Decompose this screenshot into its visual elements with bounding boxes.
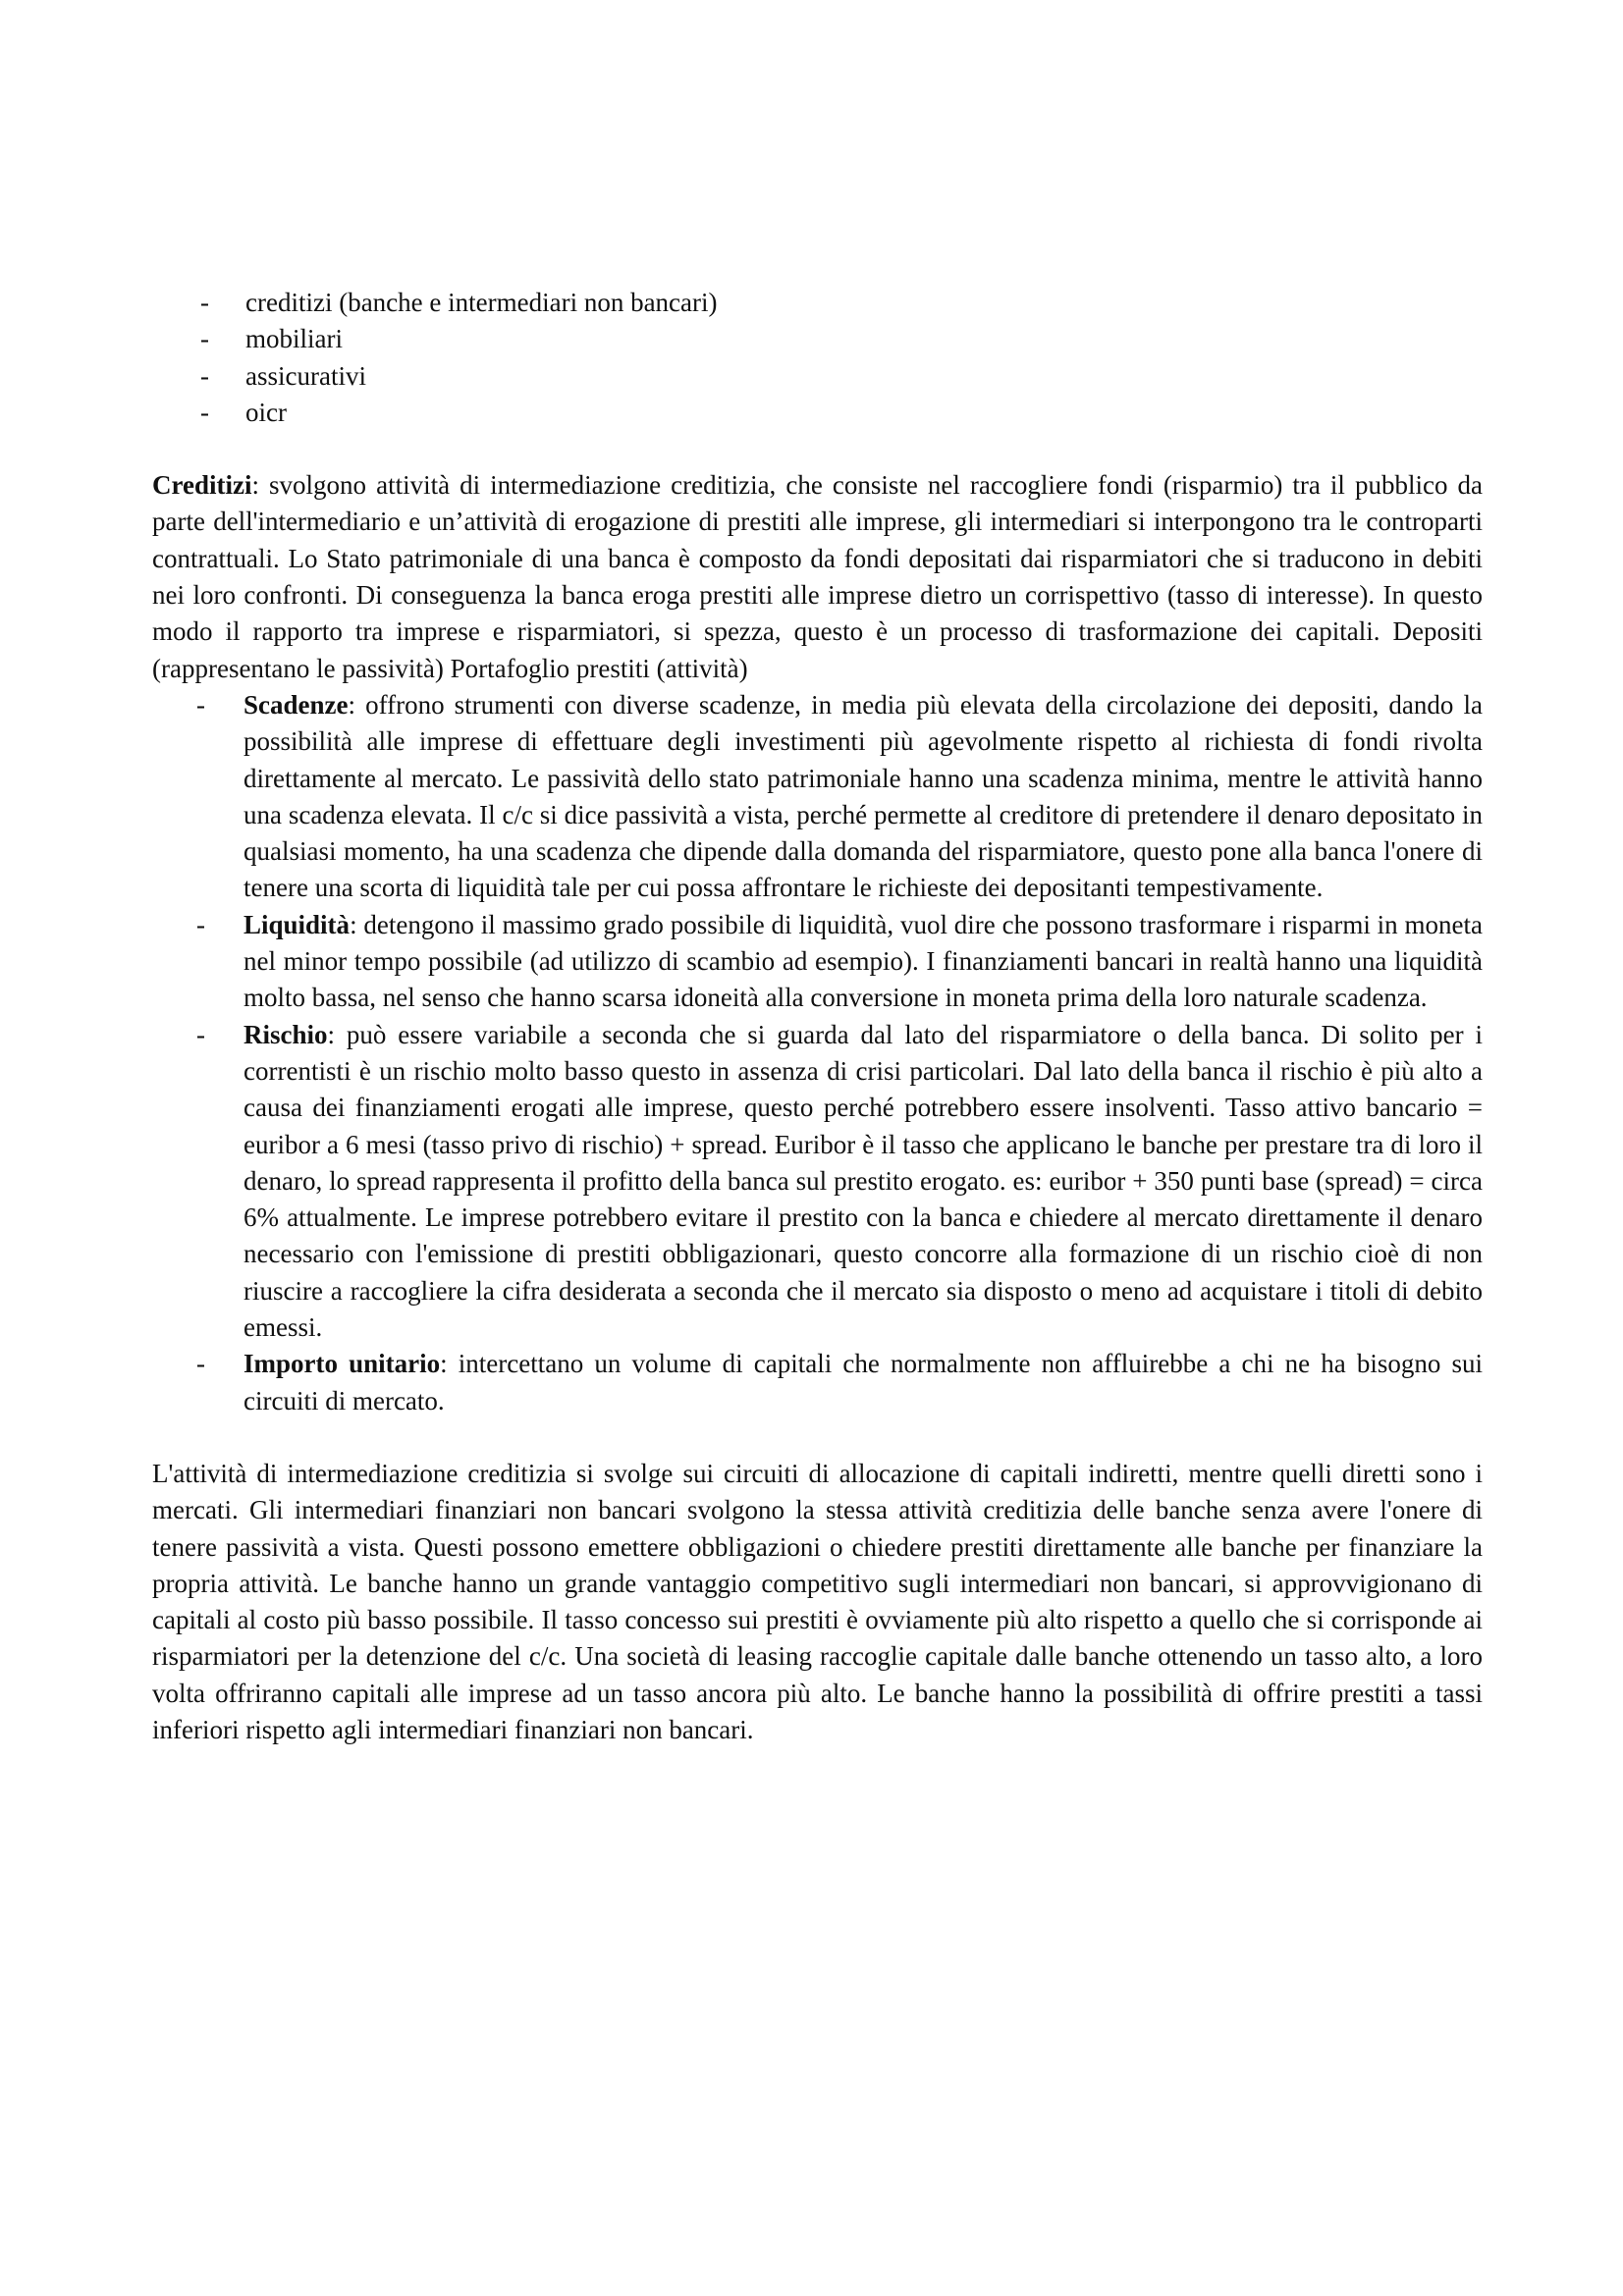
list-item: -mobiliari	[152, 321, 1483, 357]
list-item-text: creditizi (banche e intermediari non ban…	[245, 288, 718, 317]
feature-term: Rischio	[243, 1020, 328, 1049]
bullet-dash: -	[200, 395, 209, 431]
list-item: -assicurativi	[152, 358, 1483, 395]
bullet-dash: -	[200, 358, 209, 395]
creditizi-term: Creditizi	[152, 470, 251, 500]
list-item: -creditizi (banche e intermediari non ba…	[152, 285, 1483, 321]
feature-item-liquidita: -Liquidità: detengono il massimo grado p…	[152, 907, 1483, 1017]
document-page: -creditizi (banche e intermediari non ba…	[152, 285, 1483, 1748]
feature-text: : detengono il massimo grado possibile d…	[243, 910, 1483, 1013]
bullet-dash: -	[200, 321, 209, 357]
bullet-dash: -	[196, 687, 205, 723]
list-item-text: assicurativi	[245, 361, 366, 391]
feature-term: Scadenze	[243, 690, 348, 720]
bullet-dash: -	[196, 907, 205, 943]
spacer	[152, 1419, 1483, 1456]
feature-term: Importo unitario	[243, 1349, 440, 1378]
intermediary-types-list: -creditizi (banche e intermediari non ba…	[152, 285, 1483, 431]
feature-item-importo-unitario: -Importo unitario: intercettano un volum…	[152, 1346, 1483, 1419]
feature-text: : offrono strumenti con diverse scadenze…	[243, 690, 1483, 902]
bullet-dash: -	[200, 285, 209, 321]
bullet-dash: -	[196, 1017, 205, 1053]
feature-term: Liquidità	[243, 910, 350, 939]
list-item-text: oicr	[245, 398, 287, 427]
features-list: -Scadenze: offrono strumenti con diverse…	[152, 687, 1483, 1419]
feature-item-scadenze: -Scadenze: offrono strumenti con diverse…	[152, 687, 1483, 907]
creditizi-text: svolgono attività di intermediazione cre…	[152, 470, 1483, 682]
bullet-dash: -	[196, 1346, 205, 1382]
creditizi-paragraph: Creditizi: svolgono attività di intermed…	[152, 467, 1483, 687]
feature-text: : può essere variabile a seconda che si …	[243, 1020, 1483, 1342]
closing-paragraph: L'attività di intermediazione creditizia…	[152, 1456, 1483, 1748]
creditizi-separator: :	[251, 470, 259, 500]
feature-item-rischio: -Rischio: può essere variabile a seconda…	[152, 1017, 1483, 1347]
list-item: -oicr	[152, 395, 1483, 431]
list-item-text: mobiliari	[245, 324, 343, 353]
